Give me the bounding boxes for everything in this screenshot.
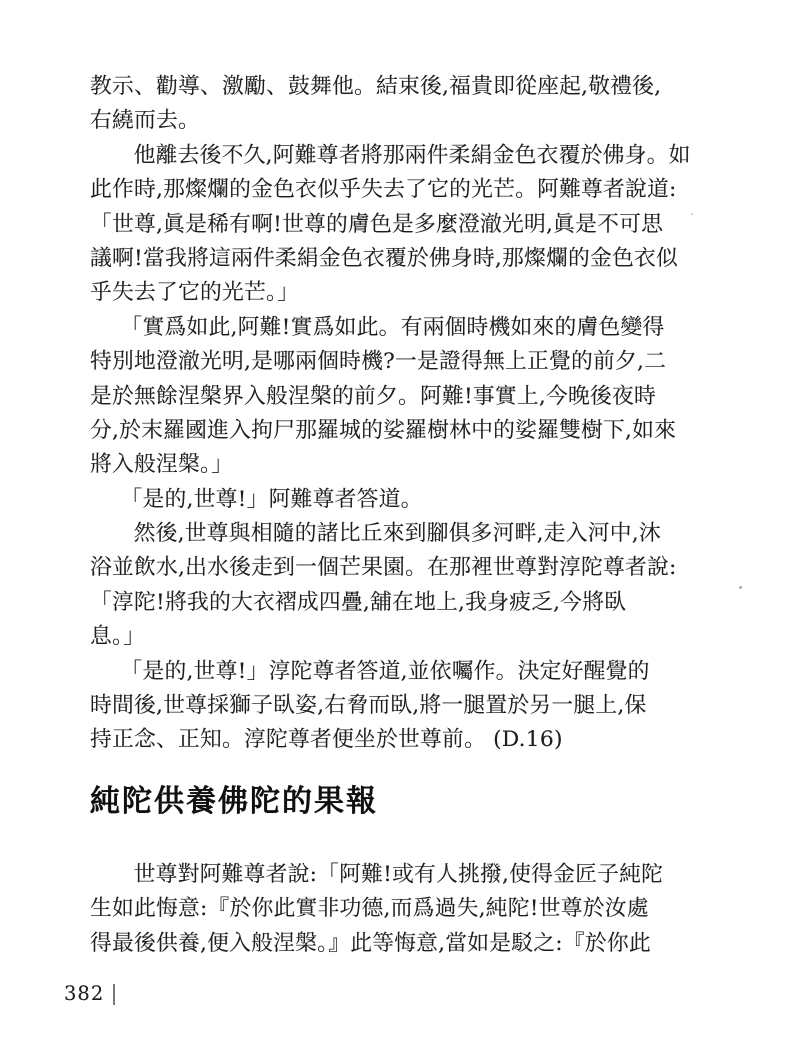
scan-speck	[739, 586, 742, 589]
paragraph: 他離去後不久,阿難尊者將那兩件柔絹金色衣覆於佛身。如 此作時,那燦爛的金色衣似乎…	[90, 139, 712, 311]
page-number: 382	[64, 982, 104, 1005]
paragraph: 教示、勸導、激勵、鼓舞他。結束後,福貴即從座起,敬禮後, 右繞而去。	[90, 70, 712, 139]
paragraph: 然後,世尊與相隨的諸比丘來到腳俱多河畔,走入河中,沐 浴並飲水,出水後走到一個芒…	[90, 517, 712, 655]
text-line: 議啊!當我將這兩件柔絹金色衣覆於佛身時,那燦爛的金色衣似	[90, 242, 712, 276]
paragraph: 世尊對阿難尊者說:「阿難!或有人挑撥,使得金匠子純陀 生如此悔意:『於你此實非功…	[90, 858, 712, 961]
paragraph: 「是的,世尊!」淳陀尊者答道,並依囑作。決定好醒覺的 時間後,世尊採獅子臥姿,右…	[90, 655, 712, 758]
text-line: 息。」	[90, 620, 712, 654]
text-line: 「是的,世尊!」阿難尊者答道。	[90, 483, 712, 517]
scan-speck	[691, 213, 693, 215]
text-line: 分,於末羅國進入拘尸那羅城的娑羅樹林中的娑羅雙樹下,如來	[90, 414, 712, 448]
text-line: 他離去後不久,阿難尊者將那兩件柔絹金色衣覆於佛身。如	[90, 139, 712, 173]
footer-divider-bar	[113, 984, 115, 1005]
text-line: 將入般涅槃。」	[90, 448, 712, 482]
page-footer: 382	[64, 982, 115, 1005]
text-line: 時間後,世尊採獅子臥姿,右脅而臥,將一腿置於另一腿上,保	[90, 689, 712, 723]
text-line: 生如此悔意:『於你此實非功德,而爲過失,純陀!世尊於汝處	[90, 892, 712, 926]
page-body-text: 教示、勸導、激勵、鼓舞他。結束後,福貴即從座起,敬禮後, 右繞而去。 他離去後不…	[90, 70, 712, 961]
text-line: 世尊對阿難尊者說:「阿難!或有人挑撥,使得金匠子純陀	[90, 858, 712, 892]
text-line: 然後,世尊與相隨的諸比丘來到腳俱多河畔,走入河中,沐	[90, 517, 712, 551]
paragraph: 「是的,世尊!」阿難尊者答道。	[90, 483, 712, 517]
paragraph: 「實爲如此,阿難!實爲如此。有兩個時機如來的膚色變得 特別地澄澈光明,是哪兩個時…	[90, 311, 712, 483]
text-line: 右繞而去。	[90, 104, 712, 138]
text-line: 教示、勸導、激勵、鼓舞他。結束後,福貴即從座起,敬禮後,	[90, 70, 712, 104]
text-line: 「淳陀!將我的大衣褶成四疊,舖在地上,我身疲乏,今將臥	[90, 586, 712, 620]
book-page: 教示、勸導、激勵、鼓舞他。結束後,福貴即從座起,敬禮後, 右繞而去。 他離去後不…	[0, 0, 792, 1056]
section-heading: 純陀供養佛陀的果報	[90, 780, 712, 824]
text-line: 特別地澄澈光明,是哪兩個時機?一是證得無上正覺的前夕,二	[90, 345, 712, 379]
text-line: 是於無餘涅槃界入般涅槃的前夕。阿難!事實上,今晚後夜時	[90, 380, 712, 414]
text-line: 此作時,那燦爛的金色衣似乎失去了它的光芒。阿難尊者說道:	[90, 173, 712, 207]
text-line: 「實爲如此,阿難!實爲如此。有兩個時機如來的膚色變得	[90, 311, 712, 345]
text-line: 乎失去了它的光芒。」	[90, 276, 712, 310]
text-line: 得最後供養,便入般涅槃。』此等悔意,當如是駁之:『於你此	[90, 927, 712, 961]
text-line: 持正念、正知。淳陀尊者便坐於世尊前。 (D.16)	[90, 723, 712, 757]
text-line: 「世尊,眞是稀有啊!世尊的膚色是多麼澄澈光明,眞是不可思	[90, 208, 712, 242]
text-line: 「是的,世尊!」淳陀尊者答道,並依囑作。決定好醒覺的	[90, 655, 712, 689]
text-line: 浴並飲水,出水後走到一個芒果園。在那裡世尊對淳陀尊者說:	[90, 551, 712, 585]
